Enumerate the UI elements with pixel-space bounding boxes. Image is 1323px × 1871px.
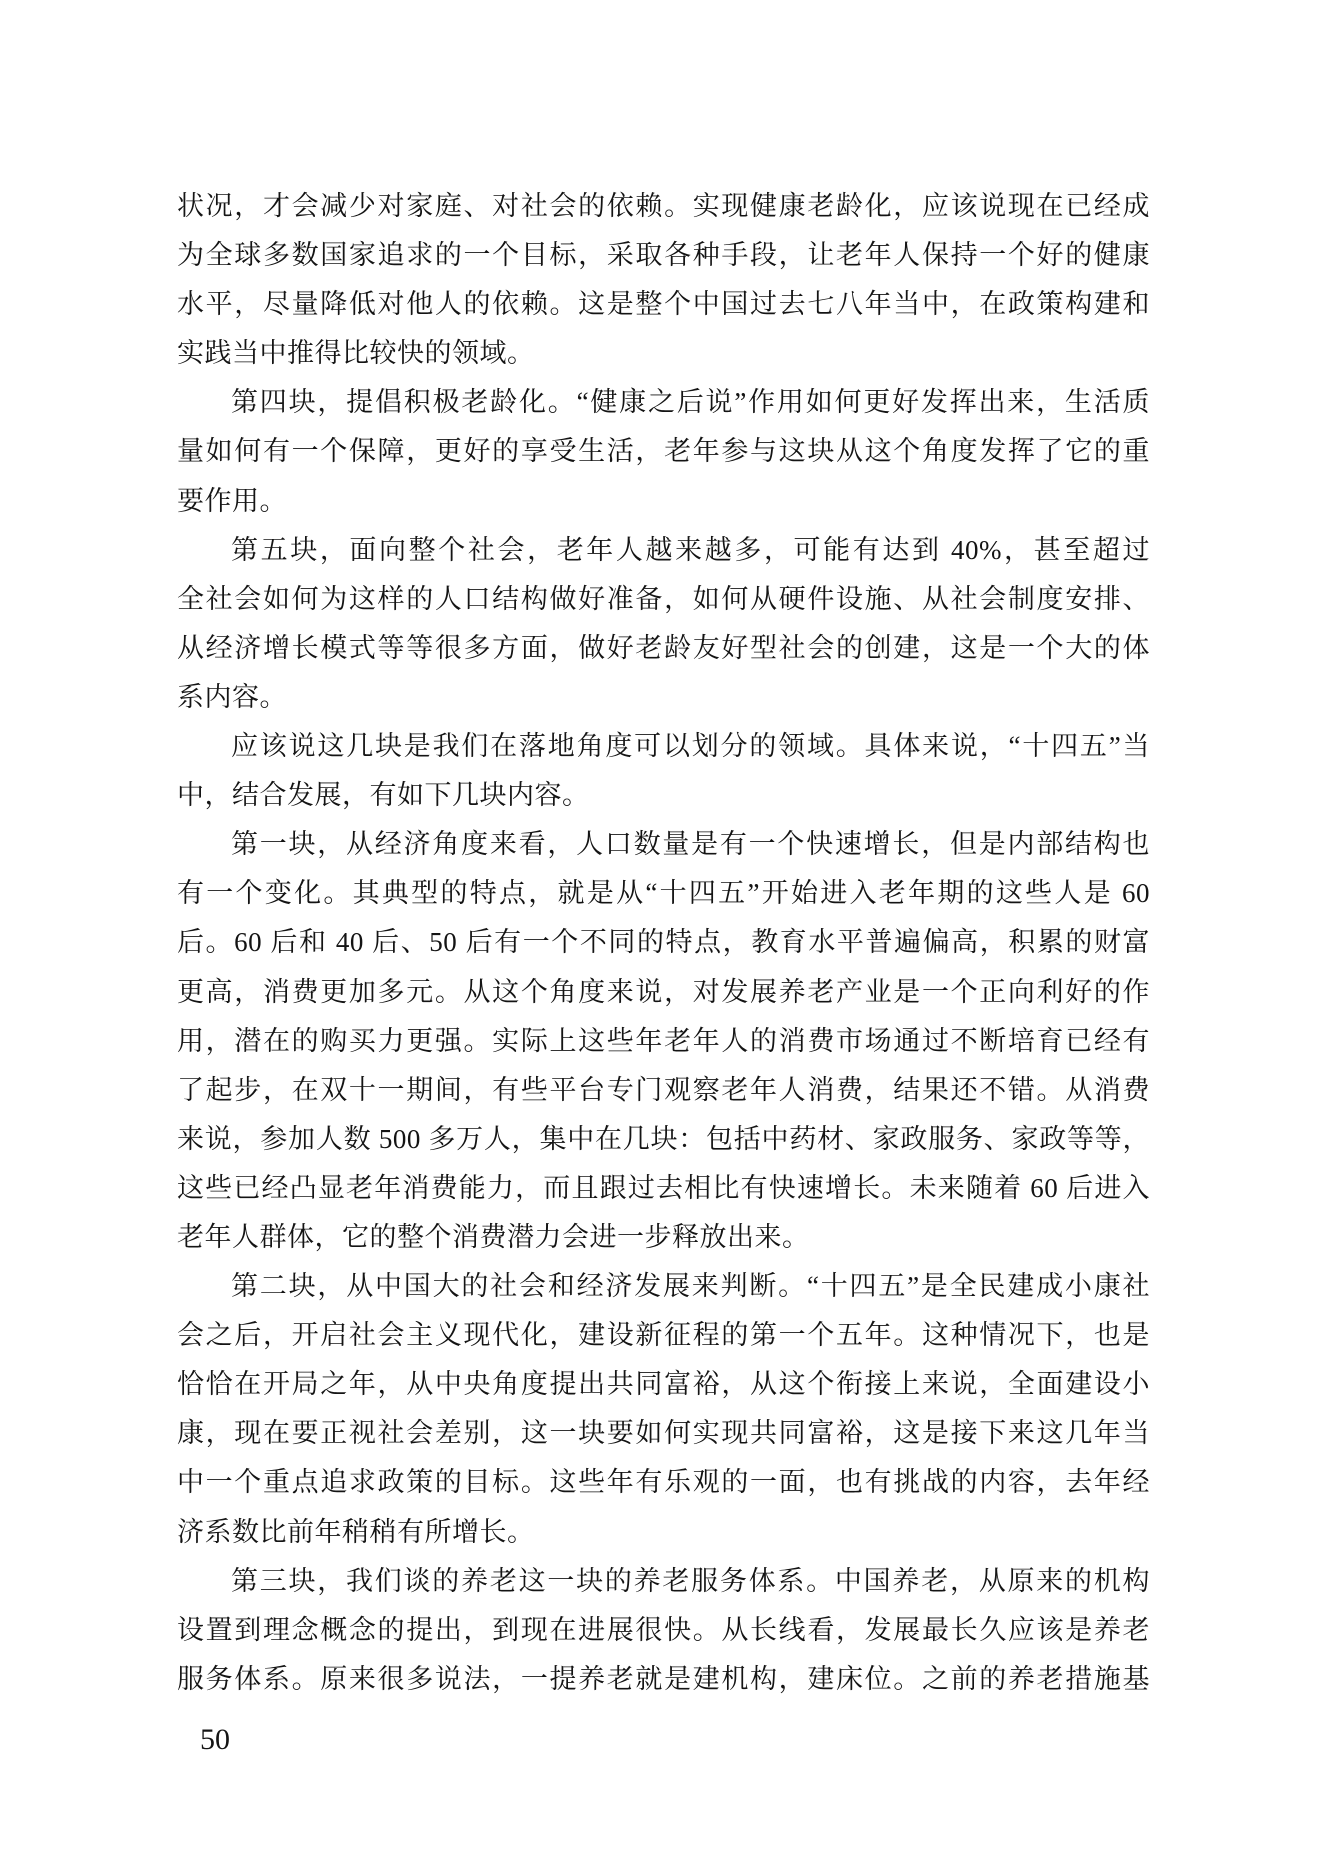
- text-line: 应该说这几块是我们在落地角度可以划分的领域。具体来说，“十四五”当: [177, 722, 1150, 771]
- text-line: 第二块，从中国大的社会和经济发展来判断。“十四五”是全民建成小康社: [177, 1262, 1150, 1311]
- text-line: 会之后，开启社会主义现代化，建设新征程的第一个五年。这种情况下，也是: [177, 1311, 1150, 1360]
- text-line: 第一块，从经济角度来看，人口数量是有一个快速增长，但是内部结构也: [177, 820, 1150, 869]
- text-line: 要作用。: [177, 477, 1150, 526]
- text-line: 更高，消费更加多元。从这个角度来说，对发展养老产业是一个正向利好的作: [177, 968, 1150, 1017]
- text-line: 后。60 后和 40 后、50 后有一个不同的特点，教育水平普遍偏高，积累的财富: [177, 918, 1150, 967]
- text-line: 设置到理念概念的提出，到现在进展很快。从长线看，发展最长久应该是养老: [177, 1606, 1150, 1655]
- text-line: 中，结合发展，有如下几块内容。: [177, 771, 1150, 820]
- text-line: 水平，尽量降低对他人的依赖。这是整个中国过去七八年当中，在政策构建和: [177, 280, 1150, 329]
- text-line: 从经济增长模式等等很多方面，做好老龄友好型社会的创建，这是一个大的体: [177, 624, 1150, 673]
- text-line: 这些已经凸显老年消费能力，而且跟过去相比有快速增长。未来随着 60 后进入: [177, 1164, 1150, 1213]
- text-line: 有一个变化。其典型的特点，就是从“十四五”开始进入老年期的这些人是 60: [177, 869, 1150, 918]
- text-line: 全社会如何为这样的人口结构做好准备，如何从硬件设施、从社会制度安排、: [177, 575, 1150, 624]
- text-line: 为全球多数国家追求的一个目标，采取各种手段，让老年人保持一个好的健康: [177, 231, 1150, 280]
- text-line: 用，潜在的购买力更强。实际上这些年老年人的消费市场通过不断培育已经有: [177, 1017, 1150, 1066]
- document-body: 状况，才会减少对家庭、对社会的依赖。实现健康老龄化，应该说现在已经成为全球多数国…: [177, 182, 1150, 1704]
- text-line: 状况，才会减少对家庭、对社会的依赖。实现健康老龄化，应该说现在已经成: [177, 182, 1150, 231]
- text-line: 老年人群体，它的整个消费潜力会进一步释放出来。: [177, 1213, 1150, 1262]
- text-line: 服务体系。原来很多说法，一提养老就是建机构，建床位。之前的养老措施基: [177, 1655, 1150, 1704]
- text-line: 来说，参加人数 500 多万人，集中在几块：包括中药材、家政服务、家政等等，: [177, 1115, 1150, 1164]
- text-line: 第四块，提倡积极老龄化。“健康之后说”作用如何更好发挥出来，生活质: [177, 378, 1150, 427]
- text-line: 济系数比前年稍稍有所增长。: [177, 1508, 1150, 1557]
- text-line: 康，现在要正视社会差别，这一块要如何实现共同富裕，这是接下来这几年当: [177, 1409, 1150, 1458]
- text-line: 实践当中推得比较快的领域。: [177, 329, 1150, 378]
- document-page: 状况，才会减少对家庭、对社会的依赖。实现健康老龄化，应该说现在已经成为全球多数国…: [0, 0, 1323, 1871]
- text-line: 中一个重点追求政策的目标。这些年有乐观的一面，也有挑战的内容，去年经: [177, 1458, 1150, 1507]
- page-number: 50: [200, 1722, 230, 1758]
- text-line: 第五块，面向整个社会，老年人越来越多，可能有达到 40%，甚至超过 50%。: [177, 526, 1150, 575]
- text-line: 第三块，我们谈的养老这一块的养老服务体系。中国养老，从原来的机构: [177, 1557, 1150, 1606]
- text-line: 了起步，在双十一期间，有些平台专门观察老年人消费，结果还不错。从消费: [177, 1066, 1150, 1115]
- text-line: 恰恰在开局之年，从中央角度提出共同富裕，从这个衔接上来说，全面建设小: [177, 1360, 1150, 1409]
- text-line: 系内容。: [177, 673, 1150, 722]
- text-line: 量如何有一个保障，更好的享受生活，老年参与这块从这个角度发挥了它的重: [177, 427, 1150, 476]
